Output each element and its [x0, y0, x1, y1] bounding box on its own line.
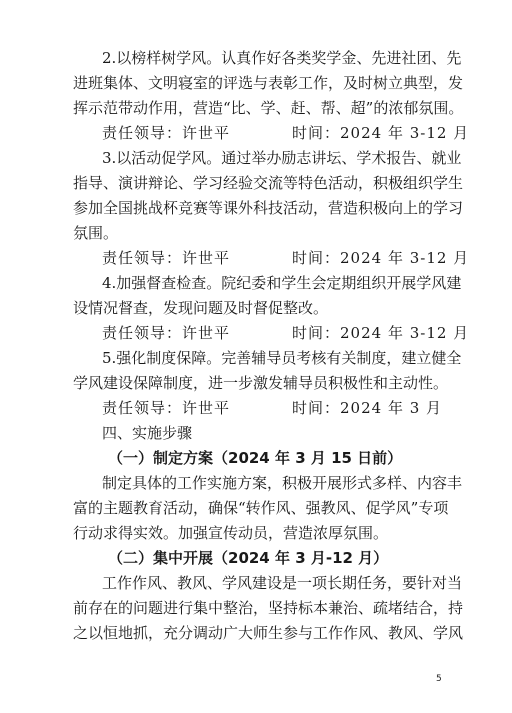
document-page: 2.以榜样树学风。认真作好各类奖学金、先进社团、先 进班集体、文明寝室的评选与表…	[0, 0, 512, 713]
para-3-line-2: 指导、演讲辩论、学习经验交流等特色活动，积极组织学生	[73, 171, 443, 196]
time-range: 时间：2024 年 3 月	[292, 396, 442, 421]
para-2-line-3: 挥示范带动作用，营造“比、学、赶、帮、超”的浓郁氛围。	[73, 96, 443, 121]
responsible-leader: 责任领导：许世平	[102, 121, 230, 146]
rollout-para-line-1: 工作作风、教风、学风建设是一项长期任务，要针对当	[102, 571, 443, 596]
para-5-line-2: 学风建设保障制度，进一步激发辅导员积极性和主动性。	[73, 371, 443, 396]
time-range: 时间：2024 年 3-12 月	[292, 321, 469, 346]
responsible-leader: 责任领导：许世平	[102, 321, 230, 346]
rollout-para-line-3: 之以恒地抓，充分调动广大师生参与工作作风、教风、学风	[73, 621, 443, 646]
time-range: 时间：2024 年 3-12 月	[292, 246, 469, 271]
subheading-make-plan: （一）制定方案（2024 年 3 月 15 日前）	[108, 446, 478, 471]
time-range: 时间：2024 年 3-12 月	[292, 121, 469, 146]
plan-para-line-2: 富的主题教育活动，确保“转作风、强教风、促学风”专项	[73, 496, 443, 521]
para-2-line-2: 进班集体、文明寝室的评选与表彰工作，及时树立典型，发	[73, 71, 443, 96]
plan-para-line-1: 制定具体的工作实施方案，积极开展形式多样、内容丰	[102, 471, 443, 496]
para-3-line-4: 氛围。	[73, 221, 443, 246]
para-4-line-1: 4.加强督查检查。院纪委和学生会定期组织开展学风建	[102, 271, 443, 296]
plan-para-line-3: 行动求得实效。加强宣传动员，营造浓厚氛围。	[73, 521, 443, 546]
rollout-para-line-2: 前存在的问题进行集中整治，坚持标本兼治、疏堵结合，持	[73, 596, 443, 621]
section-heading-implementation-steps: 四、实施步骤	[102, 421, 443, 446]
page-number: 5	[436, 674, 442, 684]
subheading-concentrated-rollout: （二）集中开展（2024 年 3 月-12 月）	[108, 546, 478, 571]
responsible-leader: 责任领导：许世平	[102, 246, 230, 271]
para-3-line-1: 3.以活动促学风。通过举办励志讲坛、学术报告、就业	[102, 146, 443, 171]
para-5-line-1: 5.强化制度保障。完善辅导员考核有关制度，建立健全	[102, 346, 443, 371]
para-4-line-2: 设情况督查，发现问题及时督促整改。	[73, 296, 443, 321]
para-3-line-3: 参加全国挑战杯竞赛等课外科技活动，营造积极向上的学习	[73, 196, 443, 221]
para-2-line-1: 2.以榜样树学风。认真作好各类奖学金、先进社团、先	[102, 46, 443, 71]
responsible-leader: 责任领导：许世平	[102, 396, 230, 421]
